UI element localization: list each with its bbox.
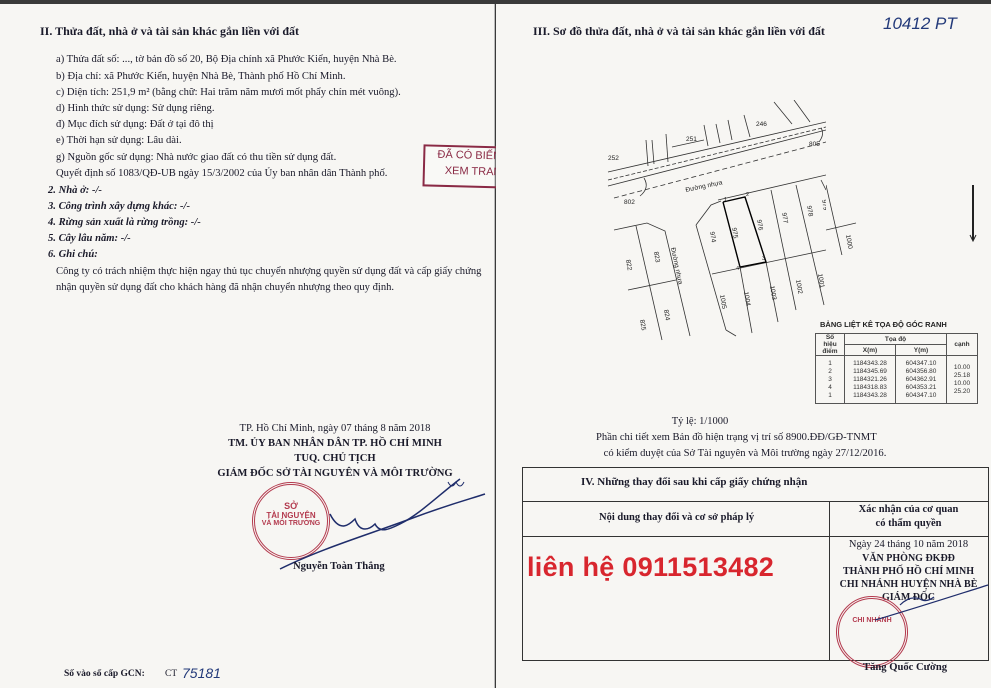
th-y: Y(m)	[896, 345, 947, 356]
map-label-252: 252	[608, 155, 619, 162]
item-g-origin: g) Nguồn gốc sử dụng: Nhà nước giao đất …	[56, 152, 336, 163]
scale-label: Tỷ lệ: 1/1000	[580, 416, 820, 427]
item-4-forest: 4. Rừng sản xuất là rừng trồng: -/-	[48, 217, 201, 228]
points-cell: 12341	[816, 356, 845, 404]
th-x: X(m)	[845, 345, 896, 356]
svg-text:974: 974	[708, 231, 717, 243]
detail-line-2: có kiểm duyệt của Sở Tài nguyên và Môi t…	[590, 448, 900, 459]
svg-text:1002: 1002	[794, 279, 803, 295]
item-dd-purpose: đ) Mục đích sử dụng: Đất ở tại đô thị	[56, 119, 214, 130]
svg-text:976: 976	[755, 219, 764, 231]
th-edge: cạnh	[947, 334, 978, 356]
confirm-date: Ngày 24 tháng 10 năm 2018	[829, 539, 988, 550]
svg-text:802: 802	[624, 199, 635, 206]
parcel-map: 252 251 246 805 802 Đường nhựa Đường nhự…	[596, 100, 826, 350]
item-c-area: c) Diện tích: 251,9 m² (bằng chữ: Hai tr…	[56, 87, 401, 98]
item-3-construction: 3. Công trình xây dựng khác: -/-	[48, 201, 190, 212]
coordinate-table: Số hiệu điểm Tọa độ cạnh X(m) Y(m) 12341…	[815, 333, 978, 404]
col-confirm-header-2: có thẩm quyền	[829, 518, 988, 529]
svg-text:825: 825	[638, 319, 647, 331]
item-d-usage-form: d) Hình thức sử dụng: Sử dụng riêng.	[56, 103, 214, 114]
svg-text:822: 822	[624, 259, 633, 271]
svg-text:1004: 1004	[742, 291, 751, 307]
changes-header-row: Nội dung thay đổi và cơ sở pháp lý Xác n…	[523, 501, 988, 537]
changes-title-row: IV. Những thay đổi sau khi cấp giấy chứn…	[523, 468, 988, 502]
svg-text:823: 823	[652, 251, 661, 263]
map-road-label-top: Đường nhựa	[685, 179, 724, 194]
item-e-term: e) Thời hạn sử dụng: Lâu dài.	[56, 135, 182, 146]
section-iii-title: III. Sơ đồ thửa đất, nhà ở và tài sản kh…	[533, 24, 825, 39]
registry-prefix: CT	[165, 669, 177, 679]
note-line-1: Công ty có trách nhiệm thực hiện ngay th…	[56, 266, 481, 277]
item-b-address: b) Địa chỉ: xã Phước Kiển, huyện Nhà Bè,…	[56, 71, 346, 82]
branch-signer: Tăng Quốc Cường	[863, 662, 947, 673]
left-page: II. Thửa đất, nhà ở và tài sản khác gắn …	[0, 4, 495, 688]
decision-line: Quyết định số 1083/QĐ-UB ngày 15/3/2002 …	[56, 168, 387, 179]
note-line-2: nhận quyền sử dụng đất cho khách hàng đã…	[56, 282, 394, 293]
th-point: Số hiệu điểm	[816, 334, 845, 356]
item-2-house: 2. Nhà ở: -/-	[48, 185, 102, 196]
changes-title: IV. Những thay đổi sau khi cấp giấy chứn…	[581, 476, 807, 488]
section-ii-title: II. Thửa đất, nhà ở và tài sản khác gắn …	[40, 24, 299, 39]
signer-name: Nguyễn Toàn Thắng	[293, 561, 385, 572]
svg-text:805: 805	[809, 141, 820, 148]
handwritten-code: 10412 PT	[883, 14, 957, 34]
svg-text:1000: 1000	[844, 234, 853, 250]
registry-number: 75181	[182, 665, 221, 681]
coord-table-title: BẢNG LIỆT KÊ TỌA ĐỘ GÓC RANH	[820, 320, 947, 329]
coord-rows: 12341 1184343.281184345.691184321.261184…	[816, 356, 978, 404]
svg-text:4: 4	[736, 266, 739, 272]
sign-date: TP. Hồ Chí Minh, ngày 07 tháng 8 năm 201…	[210, 423, 460, 434]
svg-text:251: 251	[686, 136, 697, 143]
item-a: a) Thửa đất số: ..., tờ bản đồ số 20, Bộ…	[56, 54, 397, 65]
detail-line-1: Phần chi tiết xem Bản đồ hiện trạng vị t…	[596, 432, 868, 443]
y-cell: 604347.10604356.80604362.91604353.216043…	[896, 356, 947, 404]
svg-text:1: 1	[724, 197, 727, 203]
confirm-org-1: VĂN PHÒNG ĐKĐĐ	[829, 553, 988, 564]
svg-text:1003: 1003	[768, 285, 777, 301]
map-road-label-side: Đường nhựa	[669, 247, 684, 286]
north-arrow-icon	[968, 185, 978, 245]
svg-text:2: 2	[746, 192, 749, 198]
sign-org: TM. ỦY BAN NHÂN DÂN TP. HỒ CHÍ MINH	[210, 438, 460, 449]
branch-signature-icon	[870, 575, 990, 635]
item-5-trees: 5. Cây lâu năm: -/-	[48, 233, 131, 244]
svg-text:975: 975	[730, 227, 739, 239]
map-parcels-right: 1000	[826, 175, 866, 255]
sign-role-1: TUQ. CHỦ TỊCH	[210, 453, 460, 464]
svg-text:978: 978	[805, 205, 814, 217]
x-cell: 1184343.281184345.691184321.261184318.83…	[845, 356, 896, 404]
svg-text:3: 3	[762, 256, 765, 262]
svg-text:246: 246	[756, 121, 767, 128]
th-coords: Tọa độ	[845, 334, 947, 345]
contact-overlay: liên hệ 0911513482	[527, 552, 774, 583]
edge-cell: 10.0025.1810.0025.20	[947, 356, 978, 404]
registry-label: Số vào sổ cấp GCN:	[64, 669, 145, 679]
item-6-notes: 6. Ghi chú:	[48, 249, 98, 260]
svg-text:1001: 1001	[816, 273, 825, 289]
svg-text:977: 977	[780, 212, 789, 224]
col-confirm-header-1: Xác nhận của cơ quan	[829, 504, 988, 515]
svg-text:824: 824	[662, 309, 671, 321]
col-content-header: Nội dung thay đổi và cơ sở pháp lý	[599, 512, 754, 523]
